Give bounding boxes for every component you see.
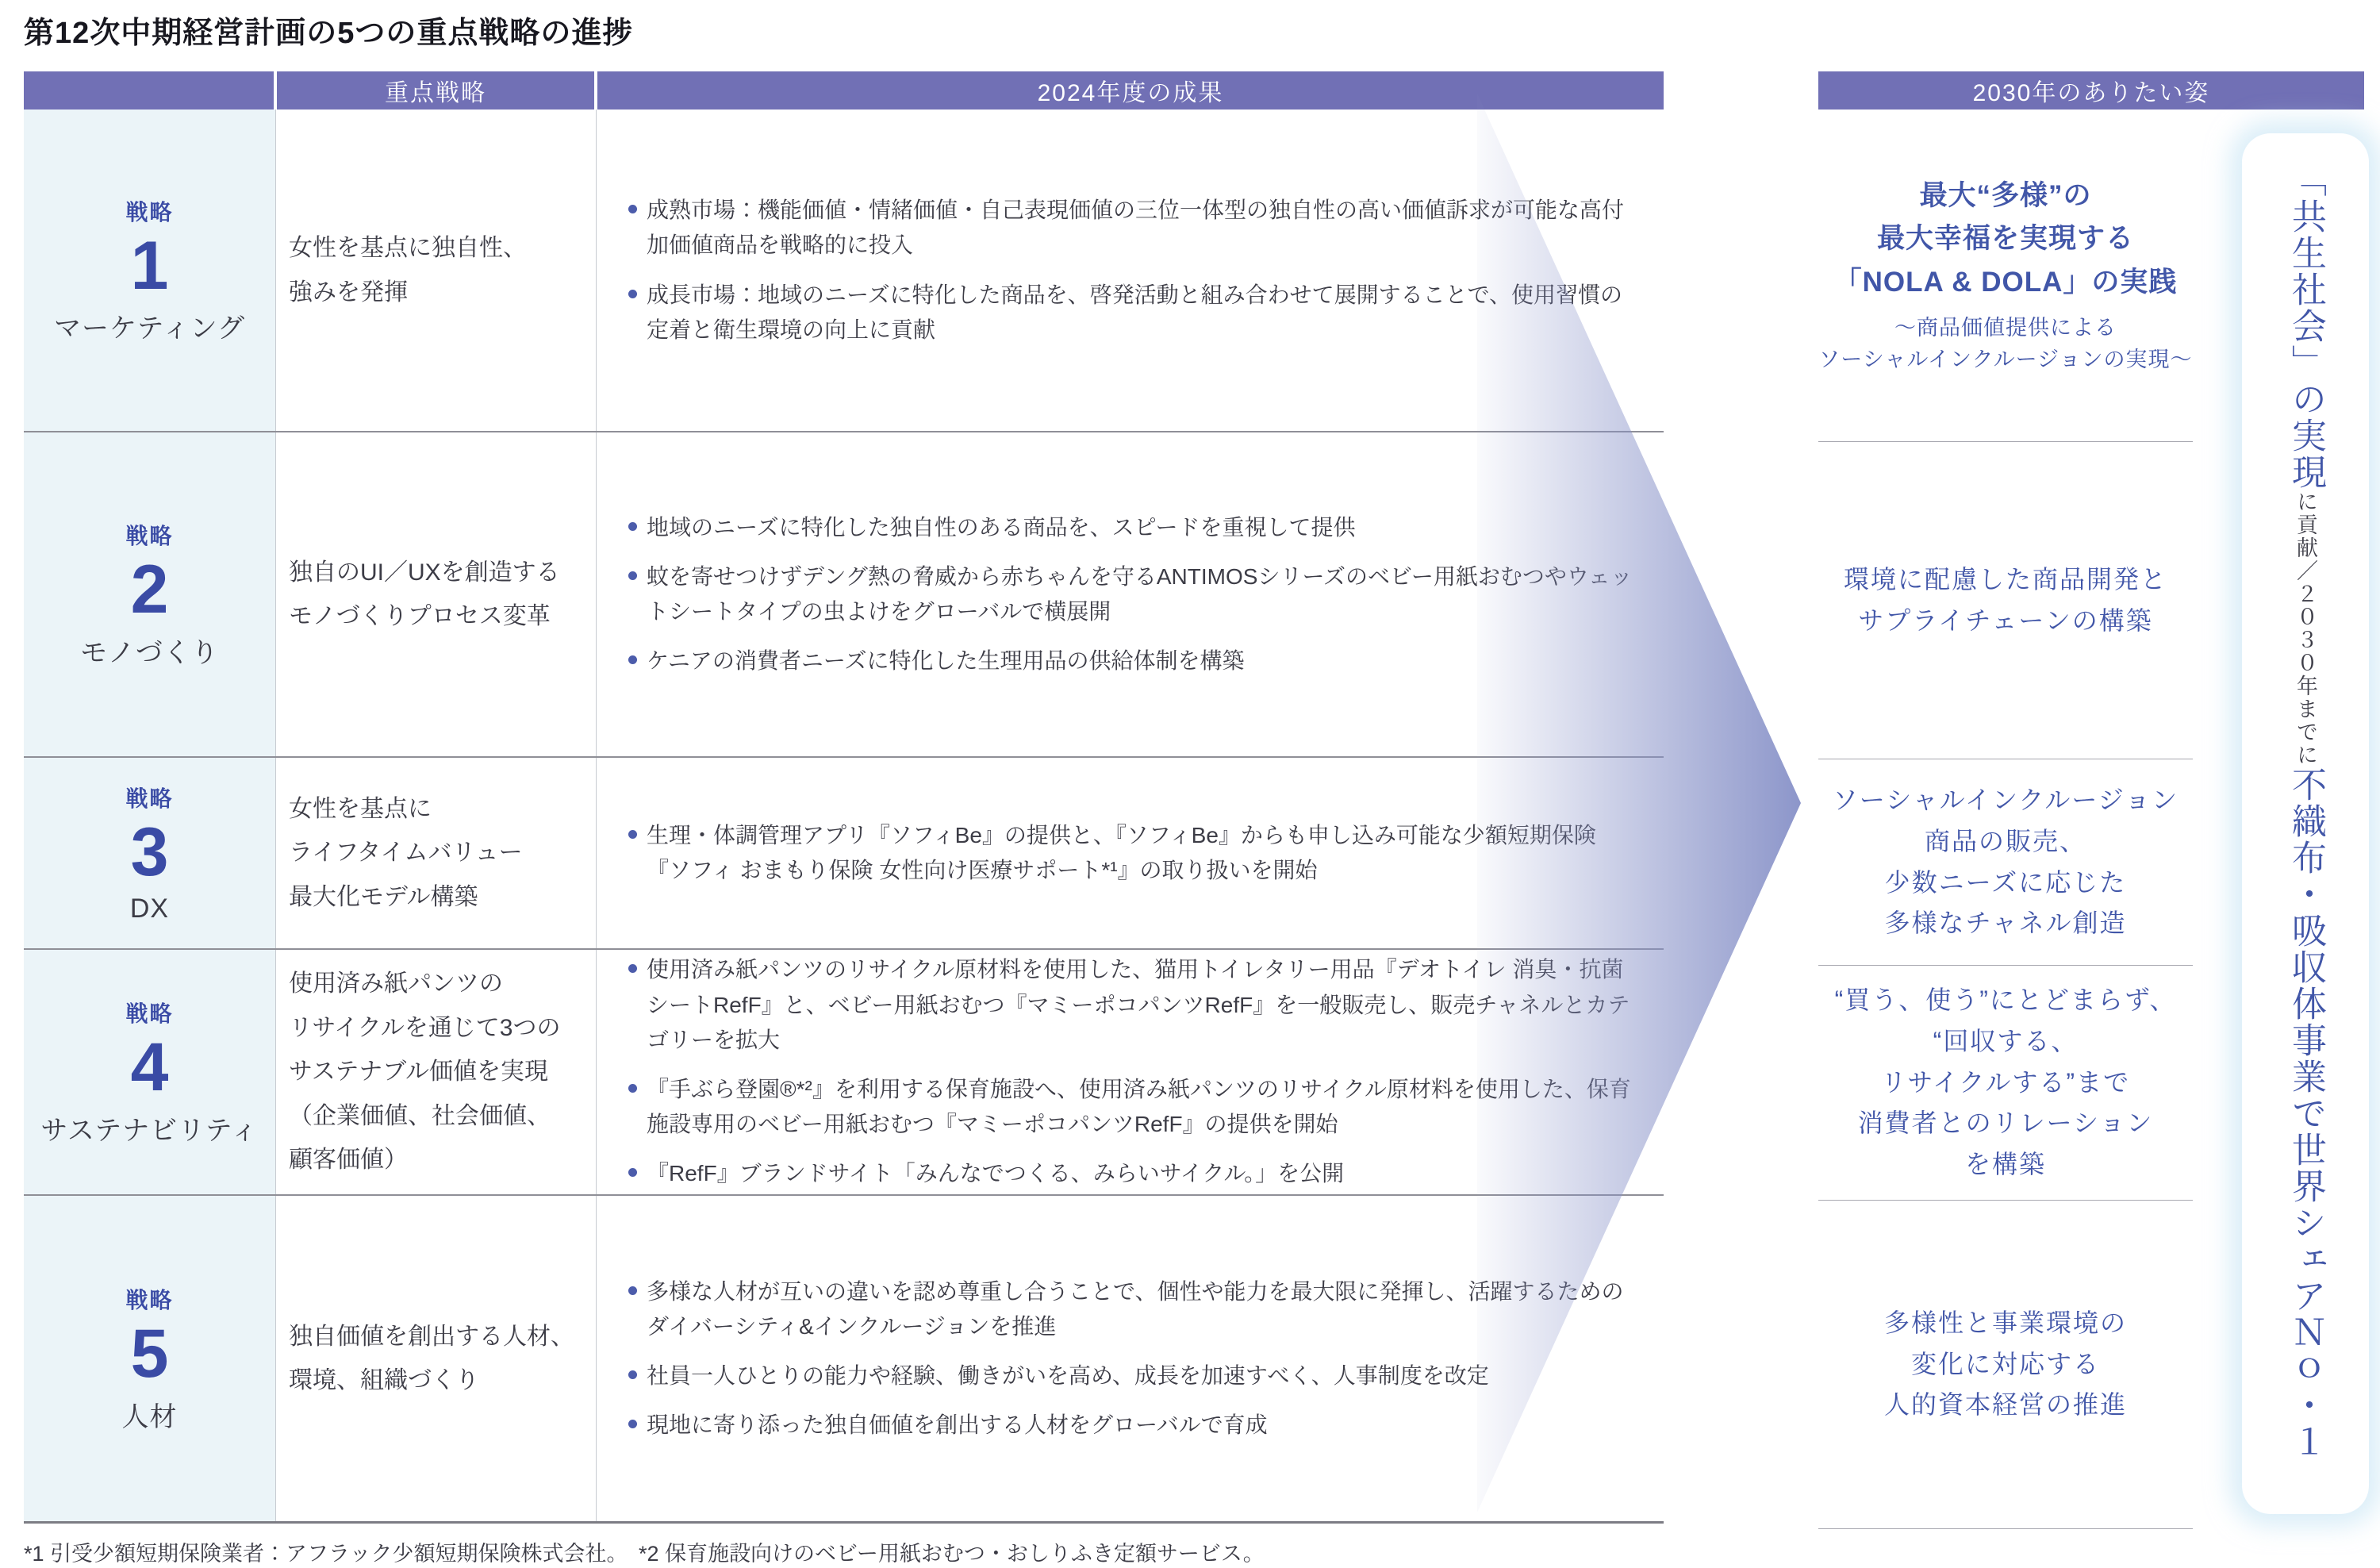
strategy-name: サステナビリティ — [40, 1109, 259, 1147]
bullet-icon — [628, 655, 637, 664]
strategy-label: 戦略 — [125, 1283, 173, 1315]
bullet-icon — [628, 1370, 637, 1379]
strategy-focus-text: 女性を基点に ライフタイムバリュー 最大化モデル構築 — [276, 787, 523, 920]
table-row-strategy-2: 戦略 2 モノづくり 独自のUI／UXを創造する モノづくりプロセス変革 地域の… — [24, 432, 1664, 758]
vision-item-title: 最大“多様”の 最大幸福を実現する 「NOLA & DOLA」の実践 — [1834, 175, 2178, 304]
table-header-row: 重点戦略 2024年度の成果 — [24, 71, 1664, 110]
strategy-name: DX — [130, 894, 169, 924]
table-row-strategy-4: 戦略 4 サステナビリティ 使用済み紙パンツの リサイクルを通じて3つの サステ… — [24, 950, 1664, 1196]
bullet-icon — [628, 1286, 637, 1295]
strategy-number: 3 — [131, 813, 169, 892]
header-cell-vision-2030: 2030年のありたい姿 — [1818, 71, 2364, 110]
vision-item-title: ソーシャルインクルージョン 商品の販売、 少数ニーズに応じた 多様なチャネル創造 — [1833, 780, 2178, 944]
slogan-segment-2: に貢献／２０３０年までに — [2294, 490, 2317, 767]
bullet-icon — [628, 1420, 637, 1428]
report-page: 第12次中期経営計画の5つの重点戦略の進捗 重点戦略 2024年度の成果 戦略 … — [0, 0, 2380, 1568]
header-cell-strategy: 重点戦略 — [277, 71, 597, 110]
vision-item-2: 環境に配慮した商品開発と サプライチェーンの構築 — [1818, 442, 2193, 759]
bullet-icon — [628, 830, 637, 839]
vision-item-5: 多様性と事業環境の 変化に対応する 人的資本経営の推進 — [1818, 1201, 2193, 1529]
strategy-3-focus-cell: 女性を基点に ライフタイムバリュー 最大化モデル構築 — [276, 758, 597, 948]
strategy-table: 重点戦略 2024年度の成果 戦略 1 マーケティング 女性を基点に独自性、 強… — [24, 71, 1664, 1524]
strategy-name: モノづくり — [80, 631, 219, 670]
strategy-focus-text: 独自価値を創出する人材、 環境、組織づくり — [276, 1315, 574, 1403]
strategy-label: 戦略 — [125, 195, 173, 227]
vision-item-1: 最大“多様”の 最大幸福を実現する 「NOLA & DOLA」の実践 ～商品価値… — [1818, 110, 2193, 442]
strategy-1-focus-cell: 女性を基点に独自性、 強みを発揮 — [276, 110, 597, 431]
footnote: *1 引受少額短期保険業者：アフラック少額短期保険株式会社。 *2 保育施設向け… — [24, 1536, 1265, 1567]
bullet-icon — [628, 205, 637, 213]
vision-item-title: 環境に配慮した商品開発と サプライチェーンの構築 — [1844, 559, 2167, 642]
vision-item-title: “買う、使う”にとどまらず、 “回収する、 リサイクルする”まで 消費者とのリレ… — [1835, 980, 2177, 1186]
bullet-icon — [628, 290, 637, 298]
vision-2030-column: 最大“多様”の 最大幸福を実現する 「NOLA & DOLA」の実践 ～商品価値… — [1818, 110, 2193, 1529]
slogan-segment-1: 「共生社会」の実現 — [2286, 162, 2325, 490]
strategy-5-focus-cell: 独自価値を創出する人材、 環境、組織づくり — [276, 1196, 597, 1521]
slogan-segment-3: 不織布・吸収体事業で世界シェアＮｏ・１ — [2286, 767, 2325, 1460]
vision-item-note: ～商品価値提供による ソーシャルインクルージョンの実現～ — [1818, 312, 2192, 376]
strategy-3-id-cell: 戦略 3 DX — [24, 758, 276, 948]
strategy-2-focus-cell: 独自のUI／UXを創造する モノづくりプロセス変革 — [276, 432, 597, 756]
strategy-1-id-cell: 戦略 1 マーケティング — [24, 110, 276, 431]
bullet-icon — [628, 571, 637, 580]
strategy-focus-text: 女性を基点に独自性、 強みを発揮 — [276, 226, 527, 314]
strategy-2-id-cell: 戦略 2 モノづくり — [24, 432, 276, 756]
bullet-icon — [628, 964, 637, 973]
kyosei-society-panel: 「共生社会」の実現に貢献／２０３０年までに不織布・吸収体事業で世界シェアＮｏ・１ — [2242, 133, 2369, 1514]
bullet-icon — [628, 1168, 637, 1177]
strategy-name: 人材 — [122, 1395, 178, 1434]
strategy-number: 4 — [131, 1028, 169, 1107]
strategy-label: 戦略 — [125, 997, 173, 1028]
table-row-strategy-5: 戦略 5 人材 独自価値を創出する人材、 環境、組織づくり 多様な人材が互いの違… — [24, 1196, 1664, 1524]
strategy-number: 5 — [131, 1315, 169, 1393]
page-title: 第12次中期経営計画の5つの重点戦略の進捗 — [24, 8, 633, 52]
vertical-slogan-text: 「共生社会」の実現に貢献／２０３０年までに不織布・吸収体事業で世界シェアＮｏ・１ — [2288, 162, 2323, 1514]
vision-item-4: “買う、使う”にとどまらず、 “回収する、 リサイクルする”まで 消費者とのリレ… — [1818, 966, 2193, 1201]
table-row-strategy-3: 戦略 3 DX 女性を基点に ライフタイムバリュー 最大化モデル構築 生理・体調… — [24, 758, 1664, 950]
strategy-4-focus-cell: 使用済み紙パンツの リサイクルを通じて3つの サステナブル価値を実現 （企業価値… — [276, 950, 597, 1194]
strategy-label: 戦略 — [125, 519, 173, 551]
strategy-focus-text: 使用済み紙パンツの リサイクルを通じて3つの サステナブル価値を実現 （企業価値… — [276, 962, 560, 1182]
table-row-strategy-1: 戦略 1 マーケティング 女性を基点に独自性、 強みを発揮 成熟市場：機能価値・… — [24, 110, 1664, 432]
header-cell-empty — [24, 71, 277, 110]
bullet-icon — [628, 522, 637, 531]
strategy-name: マーケティング — [54, 306, 245, 345]
strategy-number: 2 — [131, 551, 169, 629]
vision-item-title: 多様性と事業環境の 変化に対応する 人的資本経営の推進 — [1884, 1303, 2127, 1426]
strategy-number: 1 — [131, 227, 169, 306]
bullet-icon — [628, 1084, 637, 1093]
header-cell-results-2024: 2024年度の成果 — [597, 71, 1664, 110]
strategy-label: 戦略 — [125, 782, 173, 813]
strategy-4-id-cell: 戦略 4 サステナビリティ — [24, 950, 276, 1194]
strategy-5-id-cell: 戦略 5 人材 — [24, 1196, 276, 1521]
vision-item-3: ソーシャルインクルージョン 商品の販売、 少数ニーズに応じた 多様なチャネル創造 — [1818, 759, 2193, 966]
strategy-focus-text: 独自のUI／UXを創造する モノづくりプロセス変革 — [276, 551, 560, 639]
